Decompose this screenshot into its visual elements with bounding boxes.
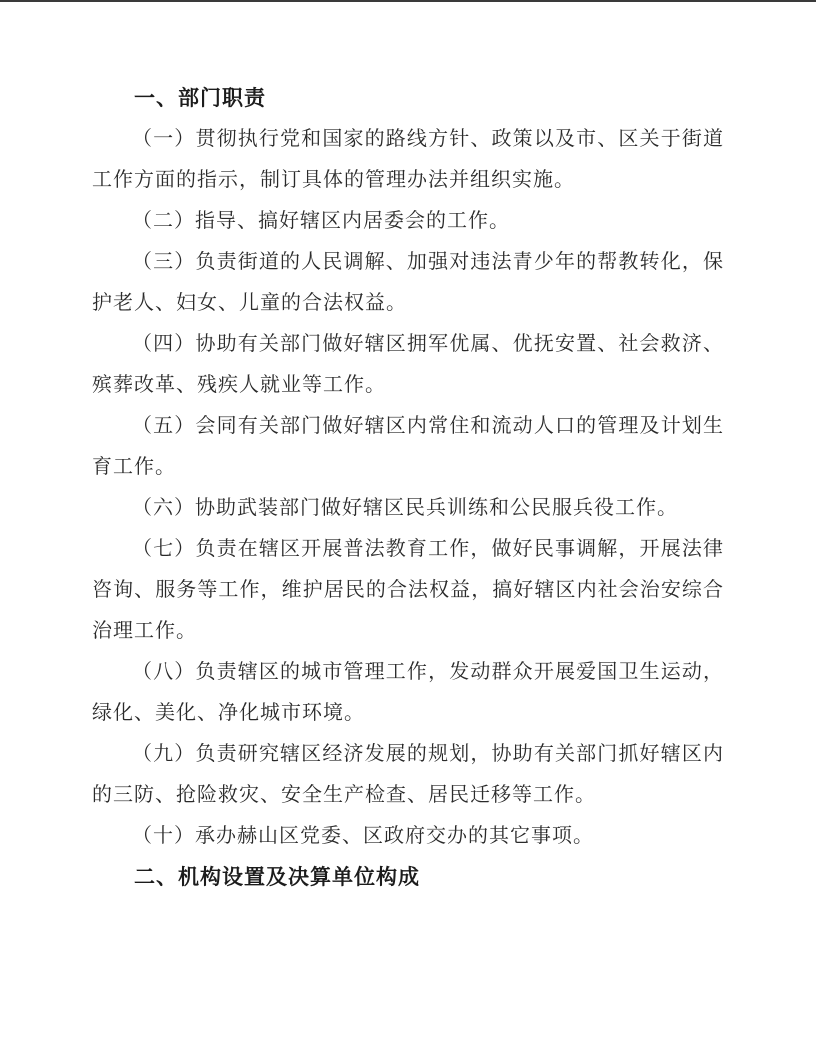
- duty-item-8: （八）负责辖区的城市管理工作，发动群众开展爱国卫生运动，绿化、美化、净化城市环境…: [92, 652, 724, 734]
- section-heading-duties: 一、部门职责: [92, 78, 724, 119]
- duty-item-6: （六）协助武装部门做好辖区民兵训练和公民服兵役工作。: [92, 488, 724, 529]
- duty-item-9: （九）负责研究辖区经济发展的规划，协助有关部门抓好辖区内的三防、抢险救灾、安全生…: [92, 734, 724, 816]
- document-page: 一、部门职责 （一）贯彻执行党和国家的路线方针、政策以及市、区关于街道工作方面的…: [0, 0, 816, 1056]
- duty-item-10: （十）承办赫山区党委、区政府交办的其它事项。: [92, 816, 724, 857]
- section-heading-org-structure: 二、机构设置及决算单位构成: [92, 857, 724, 898]
- duty-item-5: （五）会同有关部门做好辖区内常住和流动人口的管理及计划生育工作。: [92, 406, 724, 488]
- duty-item-4: （四）协助有关部门做好辖区拥军优属、优抚安置、社会救济、殡葬改革、残疾人就业等工…: [92, 324, 724, 406]
- duty-item-1: （一）贯彻执行党和国家的路线方针、政策以及市、区关于街道工作方面的指示，制订具体…: [92, 119, 724, 201]
- duty-item-3: （三）负责街道的人民调解、加强对违法青少年的帮教转化，保护老人、妇女、儿童的合法…: [92, 242, 724, 324]
- duty-item-2: （二）指导、搞好辖区内居委会的工作。: [92, 201, 724, 242]
- duty-item-7: （七）负责在辖区开展普法教育工作，做好民事调解，开展法律咨询、服务等工作，维护居…: [92, 529, 724, 652]
